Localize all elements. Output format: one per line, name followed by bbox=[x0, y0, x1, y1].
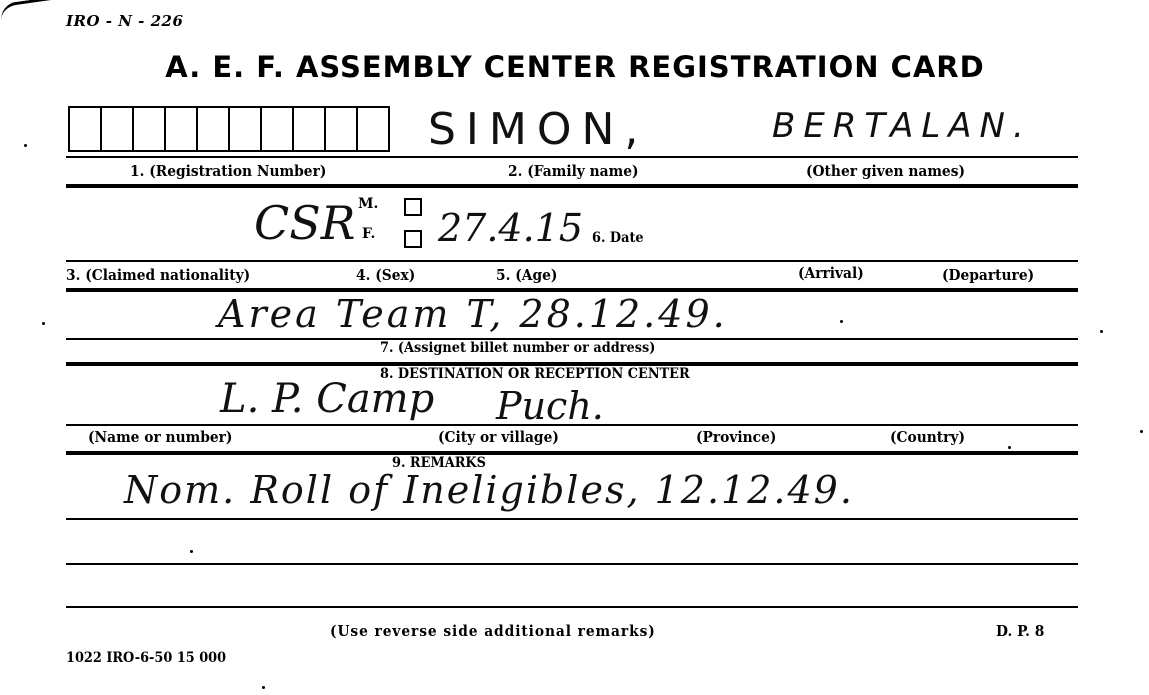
rule bbox=[66, 424, 1078, 426]
destination-name-value: L. P. Camp bbox=[220, 376, 434, 422]
remarks-value: Nom. Roll of Ineligibles, 12.12.49. bbox=[124, 468, 854, 512]
registration-number-boxes bbox=[68, 106, 390, 152]
remarks-line bbox=[66, 518, 1078, 520]
province-label: (Province) bbox=[696, 428, 776, 446]
reverse-side-note: (Use reverse side additional remarks) bbox=[330, 622, 656, 640]
reg-digit-cell bbox=[294, 108, 326, 150]
form-number: IRO - N - 226 bbox=[66, 12, 183, 30]
reg-digit-cell bbox=[358, 108, 388, 150]
sex-label: 4. (Sex) bbox=[356, 266, 415, 284]
reg-digit-cell bbox=[262, 108, 294, 150]
reg-digit-cell bbox=[198, 108, 230, 150]
billet-value: Area Team T, 28.12.49. bbox=[218, 292, 728, 336]
scan-speck bbox=[24, 144, 27, 147]
scan-speck bbox=[840, 320, 843, 323]
remarks-line bbox=[66, 563, 1078, 565]
reg-digit-cell bbox=[166, 108, 198, 150]
scan-speck bbox=[42, 322, 45, 325]
reg-digit-cell bbox=[102, 108, 134, 150]
sex-f-checkbox[interactable] bbox=[404, 230, 422, 248]
rule bbox=[66, 260, 1078, 262]
sex-m-checkbox[interactable] bbox=[404, 198, 422, 216]
rule bbox=[66, 156, 1078, 158]
reg-digit-cell bbox=[230, 108, 262, 150]
reg-digit-cell bbox=[70, 108, 102, 150]
country-label: (Country) bbox=[890, 428, 965, 446]
scan-speck bbox=[1008, 446, 1011, 449]
reg-digit-cell bbox=[326, 108, 358, 150]
scan-speck bbox=[262, 686, 265, 689]
card-title: A. E. F. ASSEMBLY CENTER REGISTRATION CA… bbox=[160, 50, 990, 84]
departure-label: (Departure) bbox=[942, 266, 1034, 284]
arrival-label: (Arrival) bbox=[798, 264, 864, 282]
scan-artifact-mark bbox=[0, 0, 61, 21]
claimed-nationality-label: 3. (Claimed nationality) bbox=[66, 266, 250, 284]
other-given-names-label: (Other given names) bbox=[806, 162, 965, 180]
scan-speck bbox=[190, 550, 193, 553]
sex-f-label: F. bbox=[362, 226, 375, 242]
name-or-number-label: (Name or number) bbox=[88, 428, 232, 446]
sex-m-label: M. bbox=[358, 196, 378, 212]
family-name-value: SIMON, bbox=[428, 104, 648, 155]
age-value: 27.4.15 bbox=[438, 206, 583, 250]
form-code: D. P. 8 bbox=[996, 622, 1044, 640]
date-label: 6. Date bbox=[592, 230, 644, 246]
billet-label: 7. (Assignet billet number or address) bbox=[380, 340, 655, 356]
reg-digit-cell bbox=[134, 108, 166, 150]
destination-city-value: Puch. bbox=[496, 384, 604, 428]
age-label: 5. (Age) bbox=[496, 266, 557, 284]
registration-number-label: 1. (Registration Number) bbox=[130, 162, 326, 180]
remarks-line bbox=[66, 606, 1078, 608]
scan-speck bbox=[1140, 430, 1143, 433]
given-names-value: BERTALAN. bbox=[772, 106, 1032, 146]
print-info: 1022 IRO-6-50 15 000 bbox=[66, 650, 226, 666]
rule bbox=[66, 451, 1078, 455]
family-name-label: 2. (Family name) bbox=[508, 162, 639, 180]
rule bbox=[66, 184, 1078, 188]
scan-speck bbox=[1100, 330, 1103, 333]
city-or-village-label: (City or village) bbox=[438, 428, 559, 446]
nationality-value: CSR bbox=[254, 196, 355, 250]
